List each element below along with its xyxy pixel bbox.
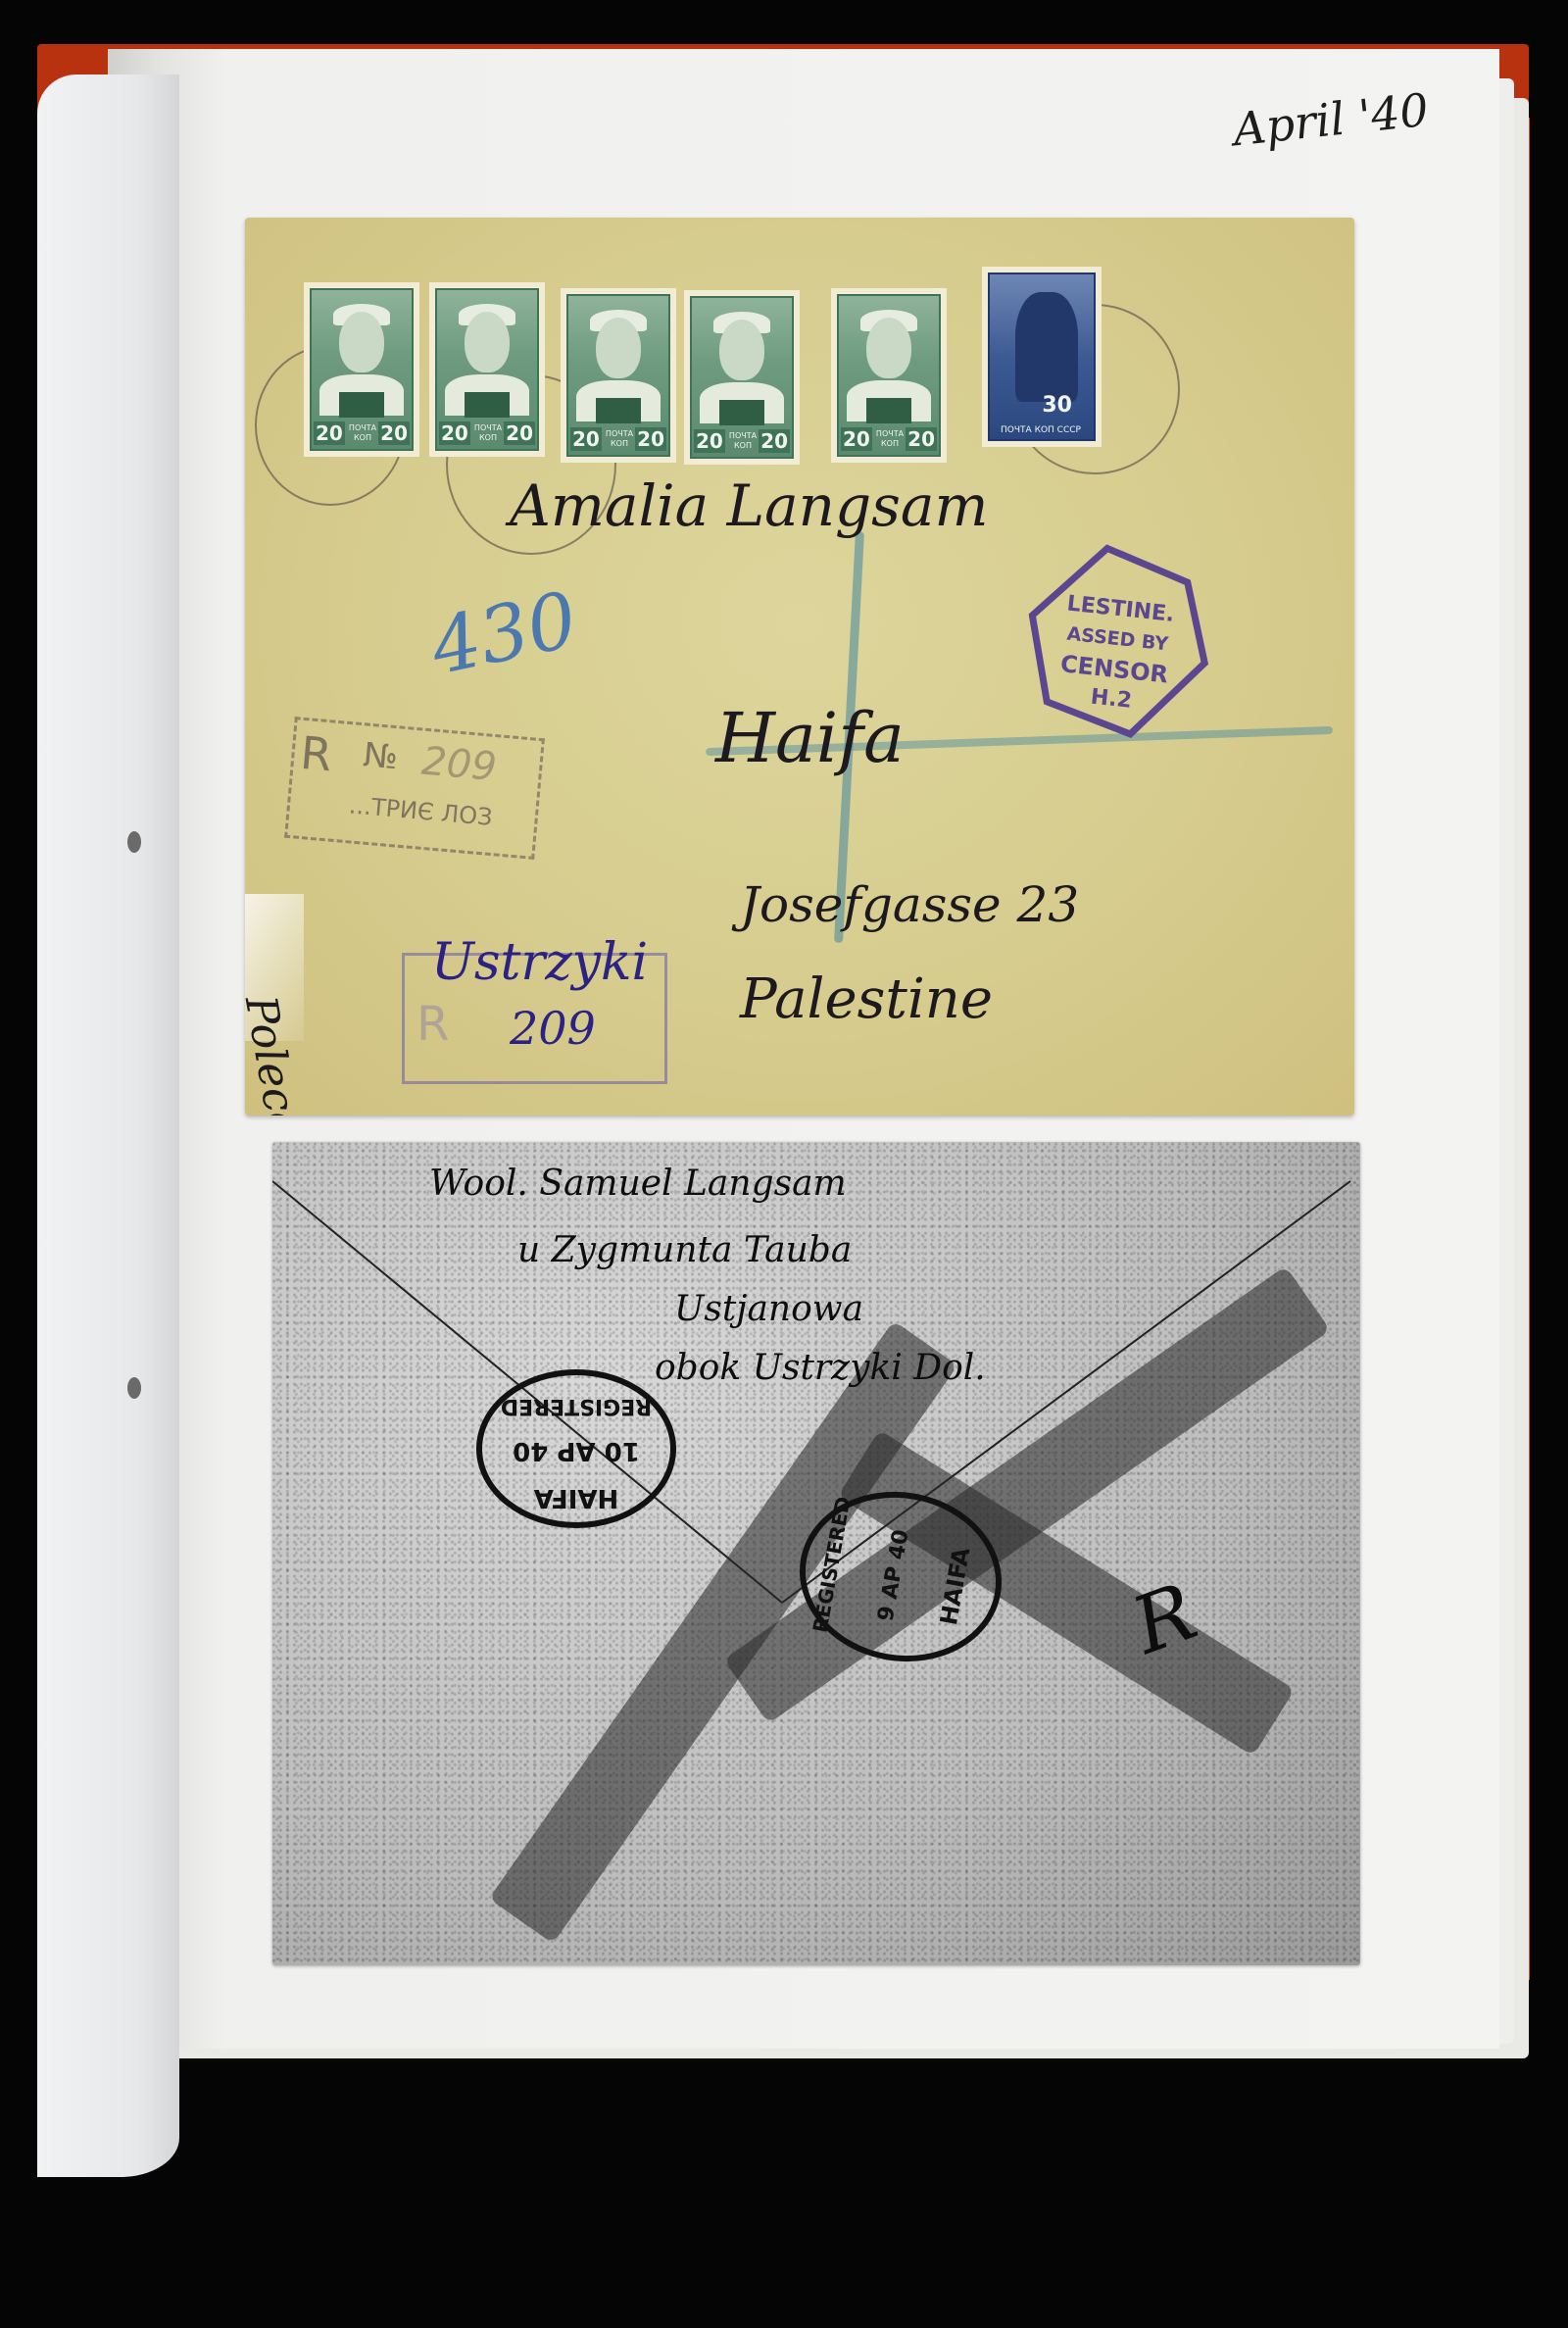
addressee-street: Josefgasse 23 — [740, 876, 1079, 933]
stamp-20-kop: 2020 ПОЧТАКОП — [684, 290, 800, 465]
stamp-20-kop: 2020 ПОЧТАКОП — [429, 282, 545, 457]
sender-line: Wool. Samuel Langsam — [429, 1164, 847, 1204]
binder-ring-icon — [127, 831, 141, 853]
registration-prefix: R — [416, 997, 449, 1052]
sender-line: Ustjanowa — [674, 1289, 863, 1329]
stamp-20-kop: 2020 ПОЧТАКОП — [831, 288, 947, 463]
addressee-country: Palestine — [740, 967, 993, 1031]
addressee-name: Amalia Langsam — [510, 472, 989, 539]
envelope-back-photocopy: Wool. Samuel Langsam u Zygmunta Tauba Us… — [272, 1142, 1360, 1965]
left-curled-page — [37, 74, 179, 2177]
stamp-30-kop-aviator: 30 ПОЧТА КОП СССР — [982, 267, 1102, 447]
envelope-front: 2020 ПОЧТАКОП 2020 ПОЧТАКОП 2020 ПОЧТАКО… — [245, 218, 1354, 1115]
registration-number: 209 — [510, 1002, 596, 1055]
sender-line: u Zygmunta Tauba — [517, 1230, 852, 1270]
pencil-number: 430 — [423, 576, 584, 693]
censor-mark: LESTINE. ASSED BY CENSOR H.2 — [1014, 537, 1219, 748]
stamp-20-kop: 2020 ПОЧТАКОП — [561, 288, 676, 463]
sender-line: obok Ustrzyki Dol. — [655, 1348, 986, 1388]
stamp-20-kop: 2020 ПОЧТАКОП — [304, 282, 419, 457]
addressee-city: Haifa — [715, 698, 905, 778]
registration-place: Ustrzyki — [431, 933, 648, 992]
haifa-postmark: HAIFA 10 AP 40 REGISTERED — [476, 1369, 676, 1528]
side-note: Polecony — [245, 992, 318, 1115]
registration-label: R № 209 ...ТРИЄ ЛОЗ — [284, 717, 545, 860]
binder-ring-icon — [127, 1377, 141, 1399]
